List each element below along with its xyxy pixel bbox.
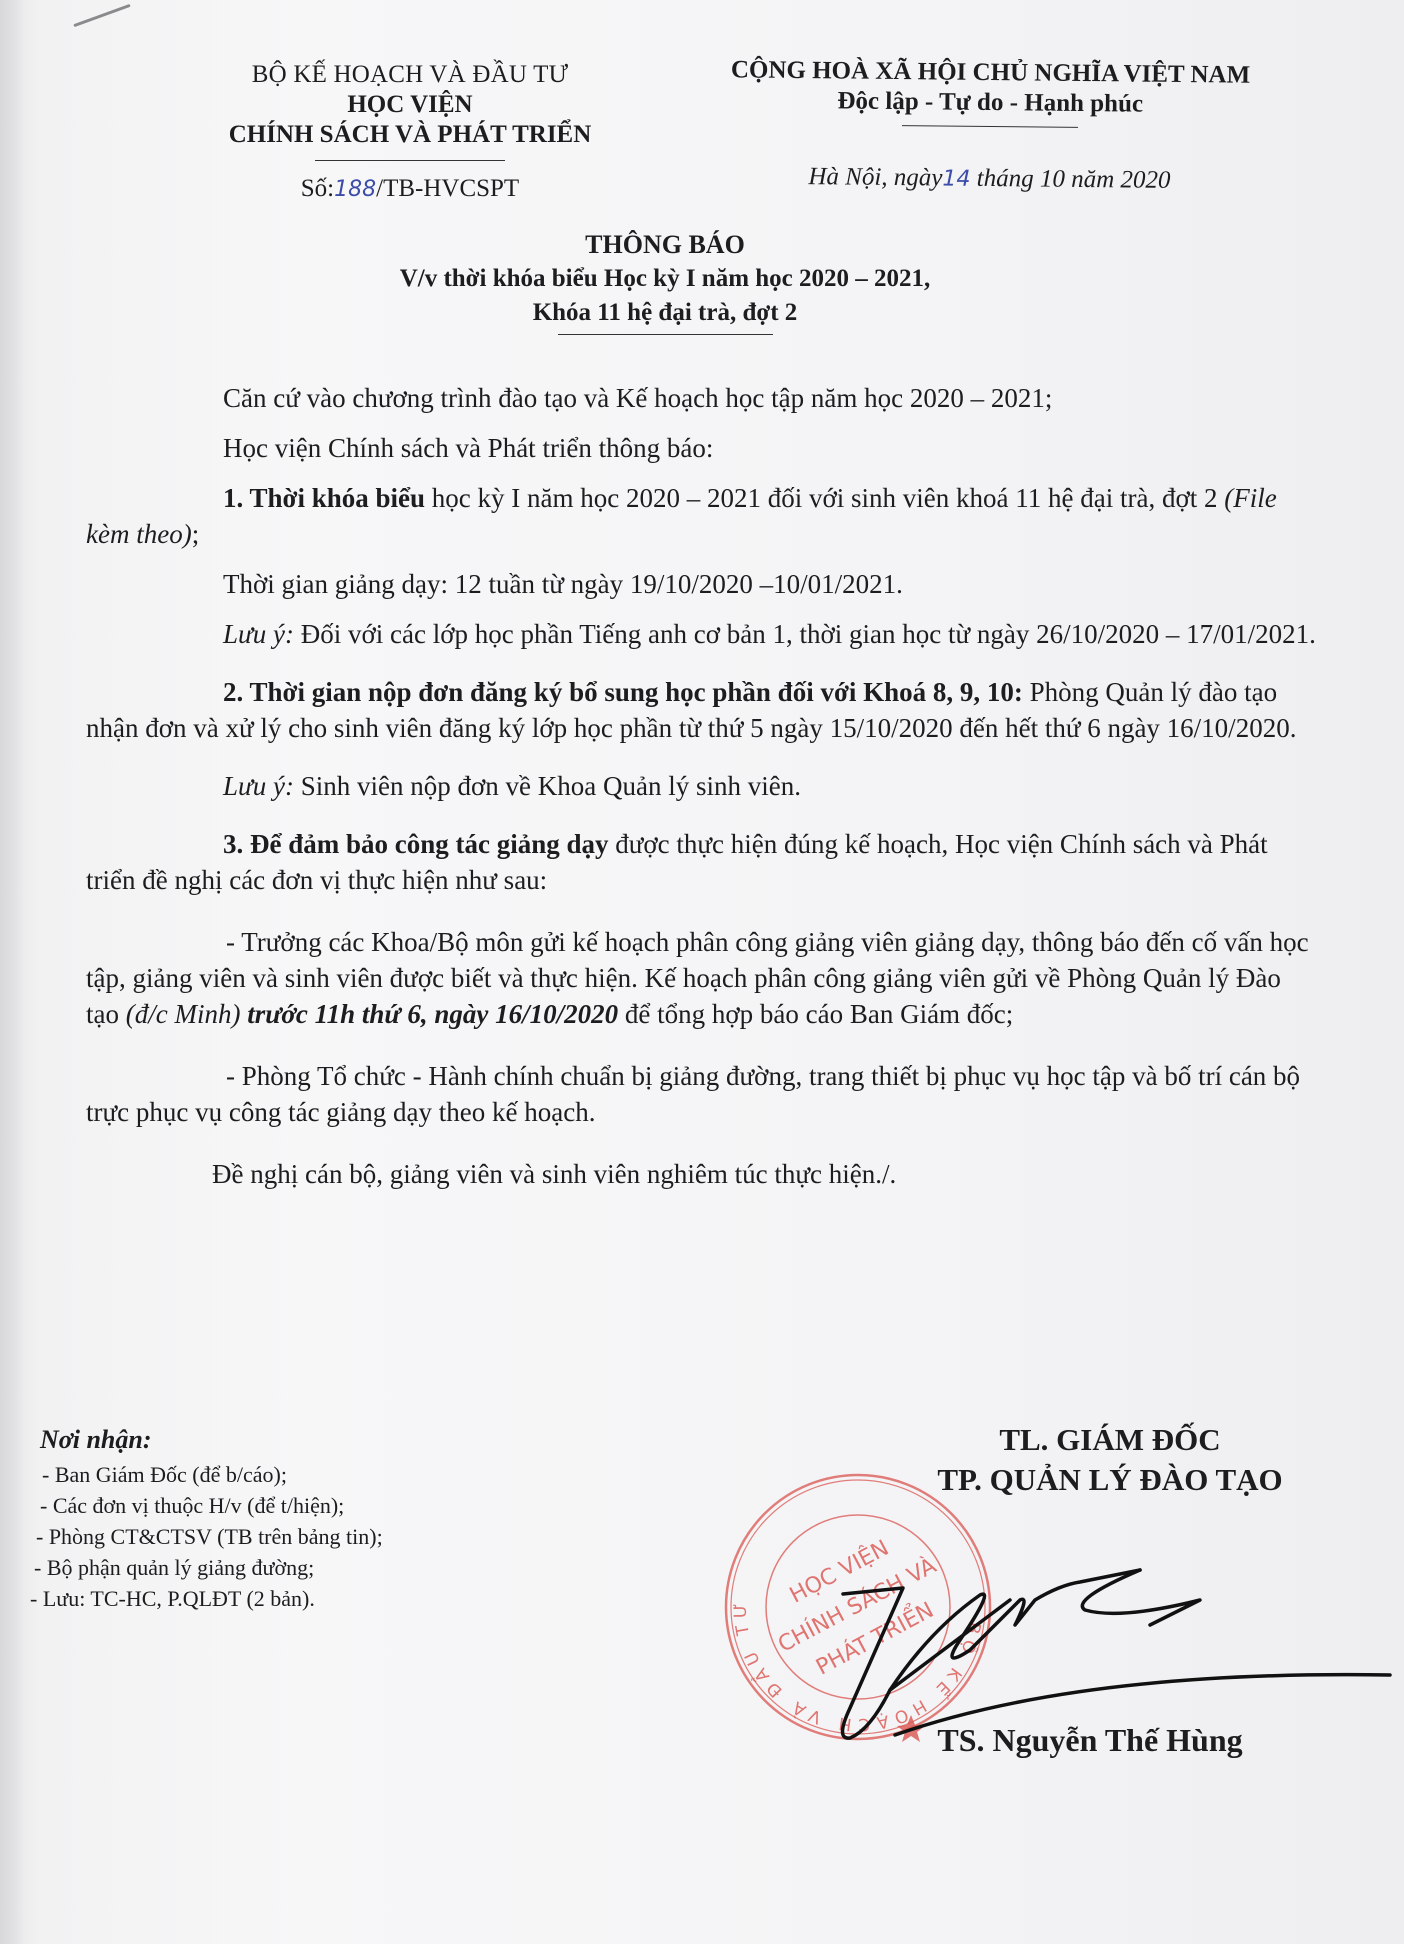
- title-rule: [558, 334, 773, 335]
- bullet1-paragraph: - Trưởng các Khoa/Bộ môn gửi kế hoạch ph…: [86, 924, 1316, 1032]
- note1-paragraph: Lưu ý: Đối với các lớp học phần Tiếng an…: [86, 616, 1316, 652]
- place-date-suffix: tháng 10 năm 2020: [977, 165, 1171, 194]
- page-edge-shadow: [0, 0, 24, 1944]
- recipient-item: - Lưu: TC-HC, P.QLĐT (2 bản).: [30, 1583, 550, 1614]
- note2-paragraph: Lưu ý: Sinh viên nộp đơn về Khoa Quản lý…: [86, 768, 1316, 804]
- item1-paragraph: 1. Thời khóa biểu học kỳ I năm học 2020 …: [86, 480, 1316, 552]
- bullet1-contact: (đ/c Minh): [126, 999, 241, 1029]
- signer-name: TS. Nguyễn Thế Hùng: [880, 1722, 1300, 1759]
- item2-heading: 2. Thời gian nộp đơn đăng ký bổ sung học…: [223, 677, 1023, 707]
- institute-name-line2: CHÍNH SÁCH VÀ PHÁT TRIỂN: [160, 120, 660, 150]
- notice-subject-line1: V/v thời khóa biểu Học kỳ I năm học 2020…: [150, 262, 1180, 296]
- institute-name-line1: HỌC VIỆN: [160, 90, 660, 120]
- recipients-list: - Ban Giám Đốc (để b/cáo); - Các đơn vị …: [30, 1459, 550, 1614]
- notice-title-block: THÔNG BÁO V/v thời khóa biểu Học kỳ I nă…: [150, 228, 1180, 335]
- recipient-item: - Phòng CT&CTSV (TB trên bảng tin);: [36, 1521, 550, 1552]
- announce-paragraph: Học viện Chính sách và Phát triển thông …: [86, 430, 1316, 466]
- national-header-block: CỘNG HOÀ XÃ HỘI CHỦ NGHĨA VIỆT NAM Độc l…: [659, 55, 1320, 197]
- signer-role-line1: TL. GIÁM ĐỐC: [830, 1420, 1390, 1460]
- signature-block: TL. GIÁM ĐỐC TP. QUẢN LÝ ĐÀO TẠO: [830, 1420, 1390, 1500]
- notice-body: Căn cứ vào chương trình đào tạo và Kế ho…: [86, 380, 1316, 1192]
- header-right-rule: [902, 125, 1078, 128]
- ministry-name: BỘ KẾ HOẠCH VÀ ĐẦU TƯ: [160, 60, 660, 90]
- pen-mark: [73, 4, 130, 27]
- item3-paragraph: 3. Để đảm bảo công tác giảng dạy được th…: [86, 826, 1316, 898]
- recipient-item: - Bộ phận quản lý giảng đường;: [34, 1552, 550, 1583]
- recipients-block: Nơi nhận: - Ban Giám Đốc (để b/cáo); - C…: [30, 1425, 550, 1614]
- notice-subject-line2: Khóa 11 hệ đại trà, đợt 2: [150, 296, 1180, 330]
- doc-no-handwritten: 188: [334, 177, 376, 202]
- recipient-item: - Ban Giám Đốc (để b/cáo);: [42, 1459, 550, 1490]
- item1-text: học kỳ I năm học 2020 – 2021 đối với sin…: [425, 483, 1224, 513]
- recipients-title: Nơi nhận:: [40, 1425, 550, 1455]
- bullet2-paragraph: - Phòng Tổ chức - Hành chính chuẩn bị gi…: [86, 1058, 1316, 1130]
- note1-label: Lưu ý:: [223, 619, 294, 649]
- bullet1-end: để tổng hợp báo cáo Ban Giám đốc;: [618, 999, 1013, 1029]
- item1-heading: 1. Thời khóa biểu: [223, 483, 425, 513]
- doc-no-suffix: /TB-HVCSPT: [376, 175, 519, 202]
- notice-heading: THÔNG BÁO: [150, 228, 1180, 262]
- bullet1-deadline: trước 11h thứ 6, ngày 16/10/2020: [240, 999, 618, 1029]
- issuing-authority-block: BỘ KẾ HOẠCH VÀ ĐẦU TƯ HỌC VIỆN CHÍNH SÁC…: [160, 60, 660, 203]
- item1-end: ;: [192, 519, 200, 549]
- note2-text: Sinh viên nộp đơn về Khoa Quản lý sinh v…: [294, 771, 801, 801]
- note1-text: Đối với các lớp học phần Tiếng anh cơ bả…: [294, 619, 1316, 649]
- day-handwritten: 14: [942, 167, 970, 192]
- document-number: Số:188/TB-HVCSPT: [160, 175, 660, 203]
- recipient-item: - Các đơn vị thuộc H/v (để t/hiện);: [40, 1490, 550, 1521]
- handwritten-signature: [780, 1540, 1400, 1740]
- item2-paragraph: 2. Thời gian nộp đơn đăng ký bổ sung học…: [86, 674, 1316, 746]
- doc-no-prefix: Số:: [301, 175, 334, 202]
- closing-paragraph: Đề nghị cán bộ, giảng viên và sinh viên …: [86, 1156, 1316, 1192]
- teaching-time-paragraph: Thời gian giảng dạy: 12 tuần từ ngày 19/…: [86, 566, 1316, 602]
- signer-role-line2: TP. QUẢN LÝ ĐÀO TẠO: [830, 1460, 1390, 1500]
- note2-label: Lưu ý:: [223, 771, 294, 801]
- place-and-date: Hà Nội, ngày14 tháng 10 năm 2020: [659, 162, 1319, 197]
- place-date-prefix: Hà Nội, ngày: [808, 163, 942, 191]
- basis-paragraph: Căn cứ vào chương trình đào tạo và Kế ho…: [86, 380, 1316, 416]
- header-left-rule: [315, 160, 505, 161]
- item3-heading: 3. Để đảm bảo công tác giảng dạy: [223, 829, 609, 859]
